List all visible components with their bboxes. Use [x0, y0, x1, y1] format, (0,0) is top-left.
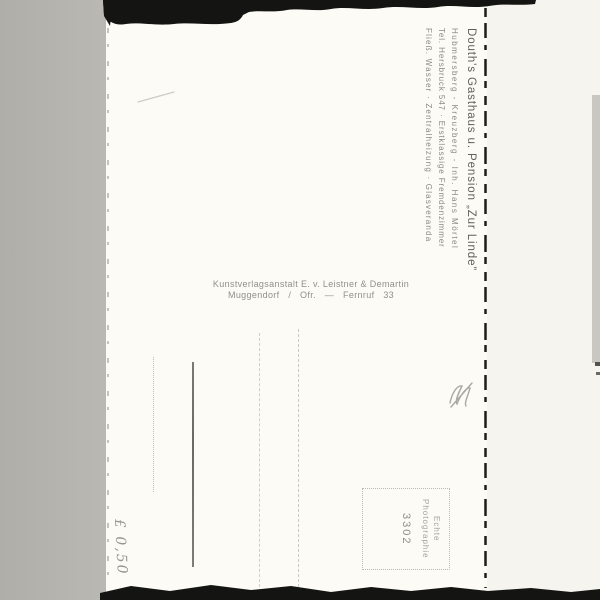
seller-watermark: www.web-kartenversand.de www.web-buchver… — [117, 3, 208, 20]
stamp-box-number: 3302 — [398, 489, 413, 569]
publisher-imprint: Kunstverlagsanstalt E. v. Leistner & Dem… — [188, 279, 434, 301]
stamp-box-line-2: Photographie — [420, 489, 431, 569]
postcard-scan: www.web-kartenversand.de www.web-buchver… — [0, 0, 600, 600]
hotel-name: Douth's Gasthaus u. Pension „Zur Linde” — [461, 28, 480, 328]
watermark-line-1: www.web-kartenversand.de — [117, 3, 208, 12]
publisher-name: Kunstverlagsanstalt E. v. Leistner & Dem… — [188, 279, 434, 290]
stamp-box-text: Echte Photographie 3302 — [398, 489, 442, 569]
backing-card — [487, 0, 600, 600]
watermark-line-2: www.web-buchversand.de — [117, 12, 208, 21]
hotel-telephone: Tel. Hersbruck 547 · Erstklassige Fremde… — [435, 28, 448, 328]
address-line-dashed-1 — [259, 333, 260, 597]
divider-line — [192, 362, 194, 567]
hotel-location: Hubmersberg - Kreuzberg - Inh. Hans Mört… — [448, 28, 461, 328]
address-line-dotted — [153, 357, 154, 492]
stamp-box: Echte Photographie 3302 — [362, 488, 450, 570]
scan-background-left — [0, 0, 106, 600]
stamp-box-line-1: Echte — [431, 489, 442, 569]
address-line-dashed-2 — [298, 329, 299, 597]
scan-background-right-edge — [592, 95, 600, 363]
publisher-town: Muggendorf / Ofr. — Fernruf 33 — [188, 290, 434, 301]
